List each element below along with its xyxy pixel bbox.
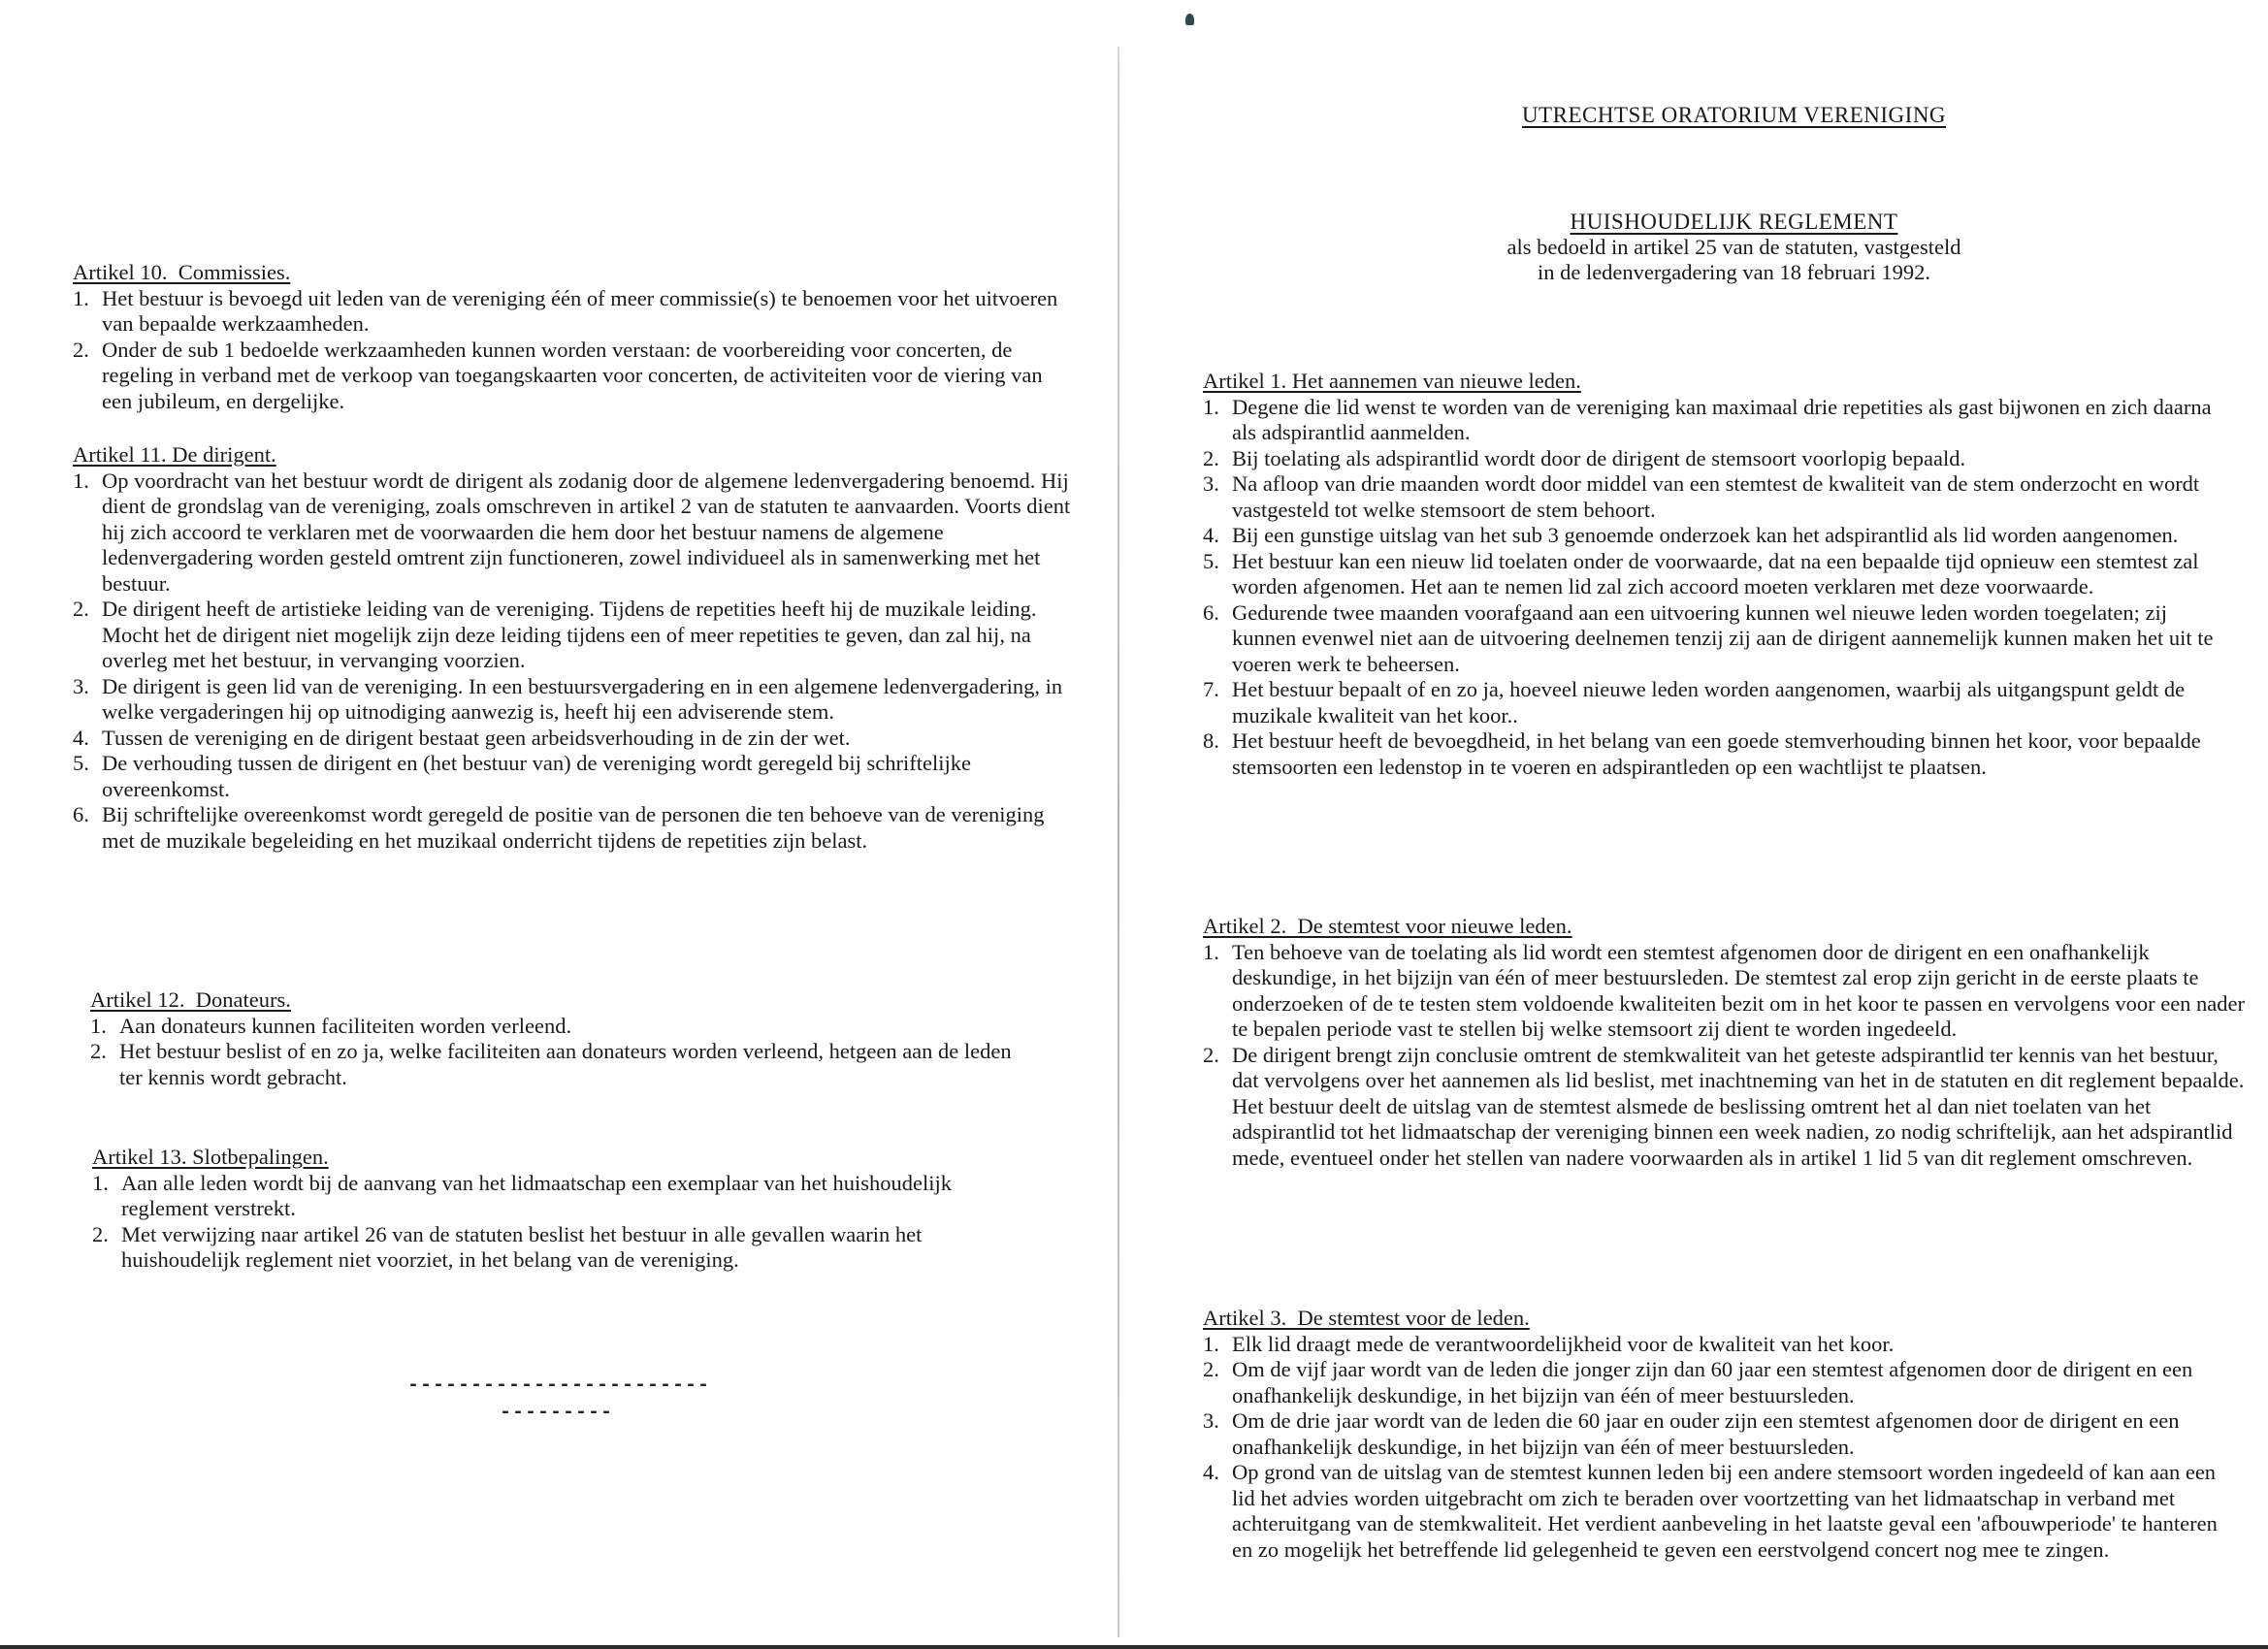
clause: 6.Gedurende twee maanden voorafgaand aan… <box>1203 600 2231 678</box>
clause: 1.Aan alle leden wordt bij de aanvang va… <box>92 1171 1023 1222</box>
clause: 2.Om de vijf jaar wordt van de leden die… <box>1203 1357 2221 1408</box>
article-title: Artikel 3. De stemtest voor de leden. <box>1203 1306 2221 1332</box>
article-title: Artikel 12. Donateurs. <box>90 987 1021 1014</box>
clause: 8.Het bestuur heeft de bevoegdheid, in h… <box>1203 728 2231 780</box>
clause: 1.Degene die lid wenst te worden van de … <box>1203 395 2231 446</box>
clause: 2.Met verwijzing naar artikel 26 van de … <box>92 1222 1023 1274</box>
clause: 4.Op grond van de uitslag van de stemtes… <box>1203 1460 2221 1563</box>
article-title: Artikel 2. De stemtest voor nieuwe leden… <box>1203 914 2251 940</box>
article-10: Artikel 10. Commissies. 1.Het bestuur is… <box>73 260 1062 414</box>
clause: 2.Onder de sub 1 bedoelde werkzaamheden … <box>73 338 1062 415</box>
article-13: Artikel 13. Slotbepalingen. 1.Aan alle l… <box>92 1145 1023 1274</box>
article-title: Artikel 13. Slotbepalingen. <box>92 1145 1023 1171</box>
clause: 5.De verhouding tussen de dirigent en (h… <box>73 751 1072 802</box>
clause: 7.Het bestuur bepaalt of en zo ja, hoeve… <box>1203 677 2231 728</box>
clause: 2.Bij toelating als adspirantlid wordt d… <box>1203 446 2231 472</box>
clause: 4.Tussen de vereniging en de dirigent be… <box>73 726 1072 752</box>
clause: 2.Het bestuur beslist of en zo ja, welke… <box>90 1039 1021 1090</box>
scan-edge <box>0 1645 2268 1649</box>
article-title: Artikel 10. Commissies. <box>73 260 1062 286</box>
article-1: Artikel 1. Het aannemen van nieuwe leden… <box>1203 369 2231 780</box>
clause: 1.Ten behoeve van de toelating als lid w… <box>1203 940 2251 1043</box>
article-11: Artikel 11. De dirigent. 1.Op voordracht… <box>73 442 1072 854</box>
clause: 1.Aan donateurs kunnen faciliteiten word… <box>90 1014 1021 1040</box>
end-rule-short: --------- <box>500 1402 613 1424</box>
regulation-subtitle: als bedoeld in artikel 25 van de statute… <box>1203 235 2265 285</box>
article-3: Artikel 3. De stemtest voor de leden. 1.… <box>1203 1306 2221 1563</box>
clause: 3.Om de drie jaar wordt van de leden die… <box>1203 1408 2221 1460</box>
clause: 4.Bij een gunstige uitslag van het sub 3… <box>1203 523 2231 549</box>
clause: 6.Bij schriftelijke overeenkomst wordt g… <box>73 802 1072 854</box>
clause: 2.De dirigent brengt zijn conclusie omtr… <box>1203 1043 2251 1172</box>
article-title: Artikel 11. De dirigent. <box>73 442 1072 469</box>
end-rule-long: ------------------------ <box>407 1374 710 1397</box>
article-title: Artikel 1. Het aannemen van nieuwe leden… <box>1203 369 2231 395</box>
clause: 1.Het bestuur is bevoegd uit leden van d… <box>73 286 1062 338</box>
clause: 5.Het bestuur kan een nieuw lid toelaten… <box>1203 549 2231 600</box>
page-fold <box>1118 47 1119 1637</box>
clause: 1.Op voordracht van het bestuur wordt de… <box>73 469 1072 598</box>
clause: 3.Na afloop van drie maanden wordt door … <box>1203 471 2231 523</box>
clause: 1.Elk lid draagt mede de verantwoordelij… <box>1203 1332 2221 1358</box>
clause: 2.De dirigent heeft de artistieke leidin… <box>73 597 1072 674</box>
regulation-title: HUISHOUDELIJK REGLEMENT <box>1203 210 2265 235</box>
organization-name: UTRECHTSE ORATORIUM VERENIGING <box>1203 103 2265 128</box>
article-2: Artikel 2. De stemtest voor nieuwe leden… <box>1203 914 2251 1171</box>
paper-speck <box>1185 14 1194 25</box>
article-12: Artikel 12. Donateurs. 1.Aan donateurs k… <box>90 987 1021 1090</box>
clause: 3.De dirigent is geen lid van de verenig… <box>73 674 1072 726</box>
